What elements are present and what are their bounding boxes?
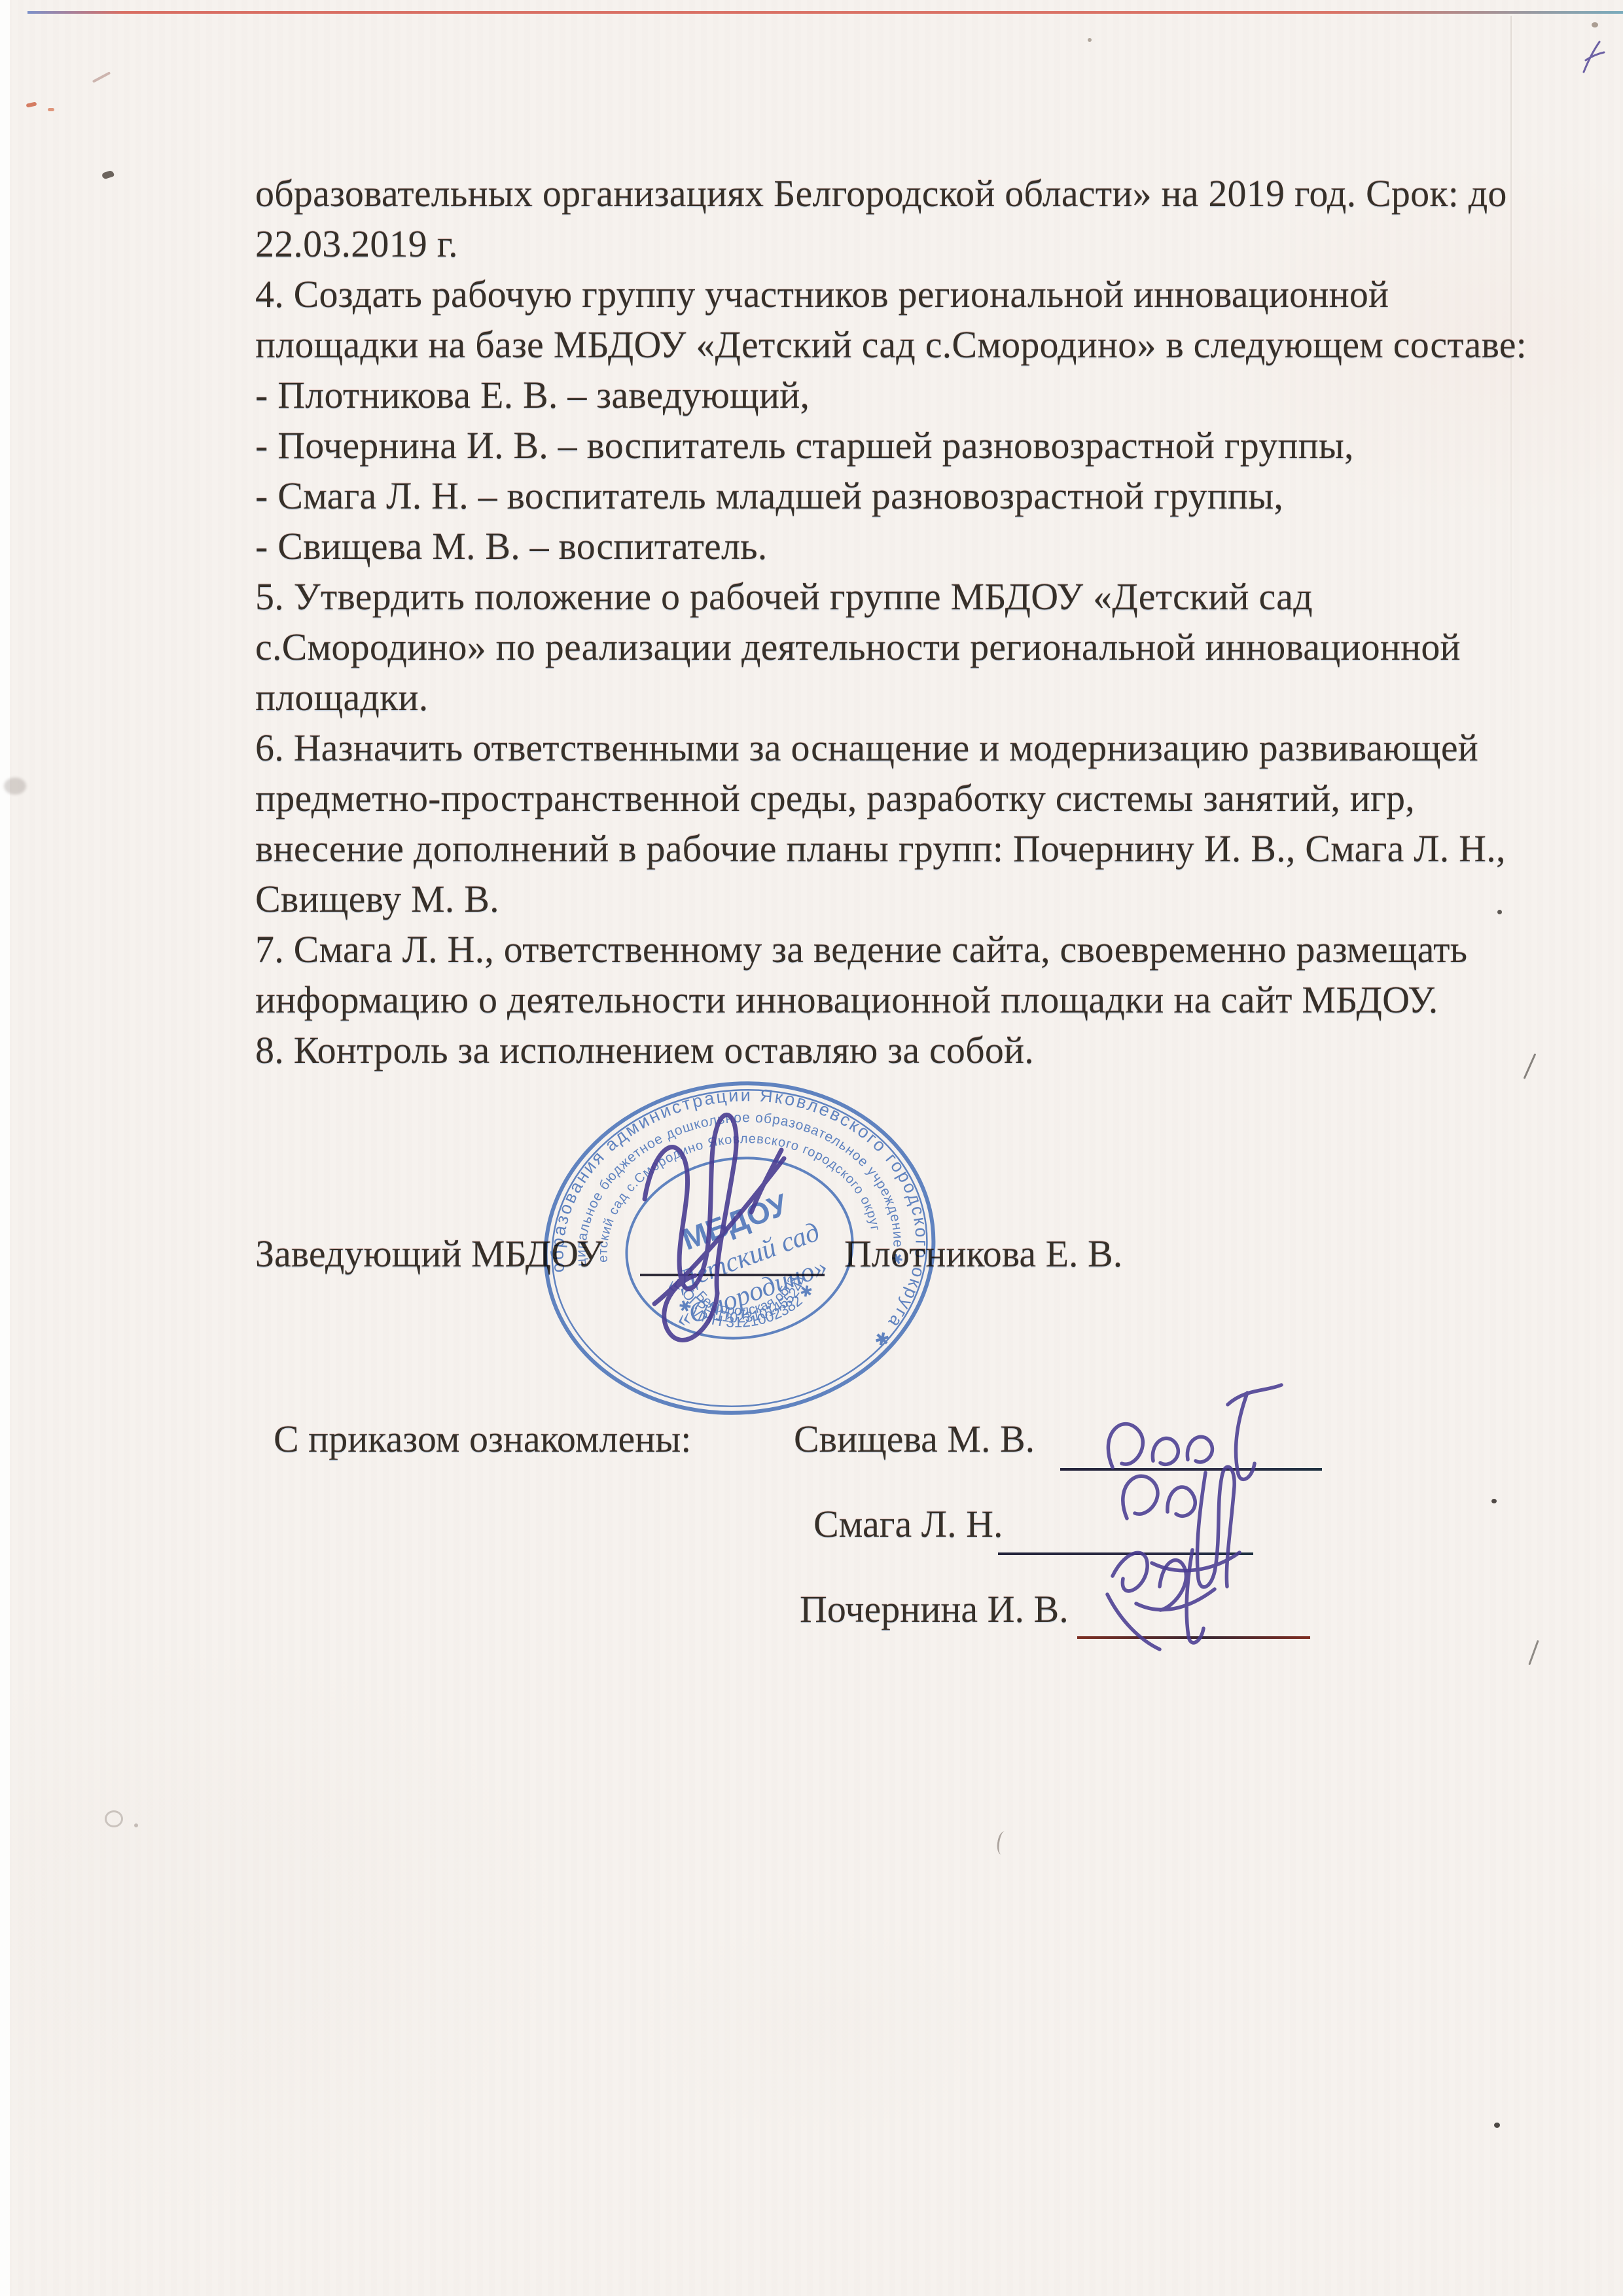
svishcheva-signature [1108, 1385, 1281, 1479]
pen-mark-top-right [1584, 42, 1604, 72]
paper-background: образовательных организациях Белгородско… [0, 0, 1623, 2296]
doc-line: - Смага Л. Н. – воспитатель младшей разн… [255, 471, 1527, 521]
ack-signature-line [1077, 1636, 1310, 1639]
ack-signature-line [1060, 1468, 1322, 1471]
ack-signer-name: Свищева М. В. [794, 1414, 1035, 1464]
scan-speck [1088, 38, 1092, 42]
doc-line: - Свищева М. В. – воспитатель. [255, 521, 1527, 571]
doc-line: 7. Смага Л. Н., ответственному за ведени… [255, 924, 1527, 975]
doc-line: - Плотникова Е. В. – заведующий, [255, 370, 1527, 420]
scan-speck [134, 1823, 138, 1827]
doc-line: 22.03.2019 г. [255, 219, 1527, 269]
scan-speck [1592, 22, 1598, 27]
ack-signature-line [998, 1552, 1253, 1555]
scan-speck [1497, 910, 1502, 914]
doc-line: площадки. [255, 672, 1527, 723]
scan-speck [1494, 2123, 1500, 2128]
scan-artifact-top-line [27, 11, 1623, 14]
doc-line: Свищеву М. В. [255, 874, 1527, 924]
scan-smudge [4, 778, 26, 795]
doc-line: образовательных организациях Белгородско… [255, 168, 1527, 219]
round-stamp: Управление образования администрации Яко… [518, 1050, 961, 1445]
scanned-document-page: { "document": { "lines": [ "образователь… [0, 0, 1623, 2296]
doc-line: - Почернина И. В. – воспитатель старшей … [255, 420, 1527, 471]
doc-line: с.Смородино» по реализации деятельности … [255, 622, 1527, 672]
ack-signer-name: Почернина И. В. [800, 1584, 1069, 1634]
scan-speck [101, 170, 115, 179]
pochernina-signature [1107, 1550, 1215, 1649]
doc-line: предметно-пространственной среды, разраб… [255, 773, 1527, 823]
scan-speck [92, 71, 111, 83]
scanner-edge-strip [0, 0, 10, 2296]
doc-line: информацию о деятельности инновационной … [255, 975, 1527, 1025]
doc-line: 4. Создать рабочую группу участников рег… [255, 269, 1527, 319]
doc-line: площадки на базе МБДОУ «Детский сад с.См… [255, 319, 1527, 370]
document-body: образовательных организациях Белгородско… [255, 168, 1527, 1075]
doc-line: внесение дополнений в рабочие планы груп… [255, 823, 1527, 874]
doc-line: 6. Назначить ответственными за оснащение… [255, 723, 1527, 773]
ack-signer-name: Смага Л. Н. [813, 1499, 1003, 1549]
doc-line: 5. Утвердить положение о рабочей группе … [255, 571, 1527, 622]
scan-speck [48, 108, 54, 111]
scan-speck [26, 101, 37, 107]
scan-mark-circle [105, 1810, 123, 1827]
scan-mark-paren [996, 1831, 1010, 1856]
smaga-signature [1123, 1467, 1240, 1587]
scan-speck [1491, 1499, 1497, 1503]
scan-mark-backslash [1528, 1640, 1539, 1666]
